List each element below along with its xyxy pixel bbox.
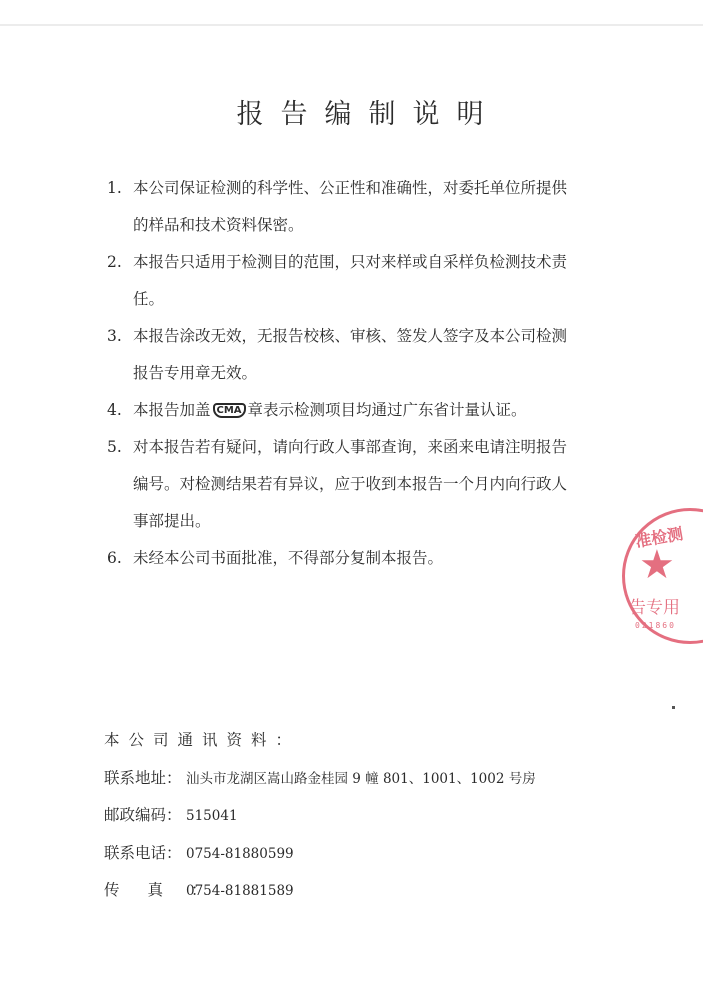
star-icon: ★: [639, 545, 675, 585]
address-value: 汕头市龙湖区嵩山路金桂园 9 幢 801、1001、1002 号房: [186, 771, 536, 787]
fax-label: 传真：: [104, 878, 186, 900]
page-top-edge: [0, 24, 703, 26]
list-item-3: 3. 本报告涂改无效，无报告校核、审核、签发人签字及本公司检测 报告专用章无效。: [107, 318, 607, 392]
item-line: 本公司保证检测的科学性、公正性和准确性，对委托单位所提供: [107, 170, 607, 207]
item-number: 3.: [107, 318, 122, 355]
item-line: 编号。对检测结果若有异议，应于收到本报告一个月内向行政人: [107, 466, 607, 503]
address-label: 联系地址：: [104, 766, 186, 788]
list-item-1: 1. 本公司保证检测的科学性、公正性和准确性，对委托单位所提供 的样品和技术资料…: [107, 170, 607, 244]
contact-postal: 邮政编码：515041: [104, 803, 238, 825]
contact-fax: 传真：0754-81881589: [104, 878, 294, 900]
cma-mark-icon: CMA: [213, 403, 246, 418]
item-number: 5.: [107, 429, 122, 466]
item-line: 报告专用章无效。: [107, 355, 607, 392]
item-line: 事部提出。: [107, 503, 607, 540]
item-line: 任。: [107, 281, 607, 318]
phone-value: 0754-81880599: [186, 846, 294, 862]
item-text-after-badge: 章表示检测项目均通过广东省计量认证。: [248, 401, 527, 419]
item-number: 2.: [107, 244, 122, 281]
item-line: 本报告加盖CMA章表示检测项目均通过广东省计量认证。: [107, 392, 607, 429]
item-line: 未经本公司书面批准，不得部分复制本报告。: [107, 540, 607, 577]
list-item-5: 5. 对本报告若有疑问，请向行政人事部查询，来函来电请注明报告 编号。对检测结果…: [107, 429, 607, 540]
phone-label: 联系电话：: [104, 841, 186, 863]
item-text-before-badge: 本报告加盖: [133, 401, 211, 419]
item-number: 4.: [107, 392, 122, 429]
contact-phone: 联系电话：0754-81880599: [104, 841, 294, 863]
postal-label: 邮政编码：: [104, 803, 186, 825]
stamp-bottom-text: 告专用: [629, 593, 680, 618]
list-item-4: 4. 本报告加盖CMA章表示检测项目均通过广东省计量认证。: [107, 392, 607, 429]
item-line: 对本报告若有疑问，请向行政人事部查询，来函来电请注明报告: [107, 429, 607, 466]
list-item-2: 2. 本报告只适用于检测目的范围，只对来样或自采样负检测技术责 任。: [107, 244, 607, 318]
page-title: 报告编制说明: [0, 92, 703, 131]
company-seal-stamp: 准检测 ★ 告专用 021860: [622, 508, 703, 644]
item-number: 1.: [107, 170, 122, 207]
fax-value: 0754-81881589: [186, 883, 294, 899]
scan-speck: [672, 706, 675, 709]
item-number: 6.: [107, 540, 122, 577]
item-line: 本报告只适用于检测目的范围，只对来样或自采样负检测技术责: [107, 244, 607, 281]
list-item-6: 6. 未经本公司书面批准，不得部分复制本报告。: [107, 540, 607, 577]
contact-address: 联系地址：汕头市龙湖区嵩山路金桂园 9 幢 801、1001、1002 号房: [104, 766, 536, 788]
contact-heading: 本公司通讯资料：: [104, 728, 300, 750]
item-line: 本报告涂改无效，无报告校核、审核、签发人签字及本公司检测: [107, 318, 607, 355]
postal-value: 515041: [186, 808, 238, 824]
item-line: 的样品和技术资料保密。: [107, 207, 607, 244]
stamp-code: 021860: [635, 621, 676, 630]
